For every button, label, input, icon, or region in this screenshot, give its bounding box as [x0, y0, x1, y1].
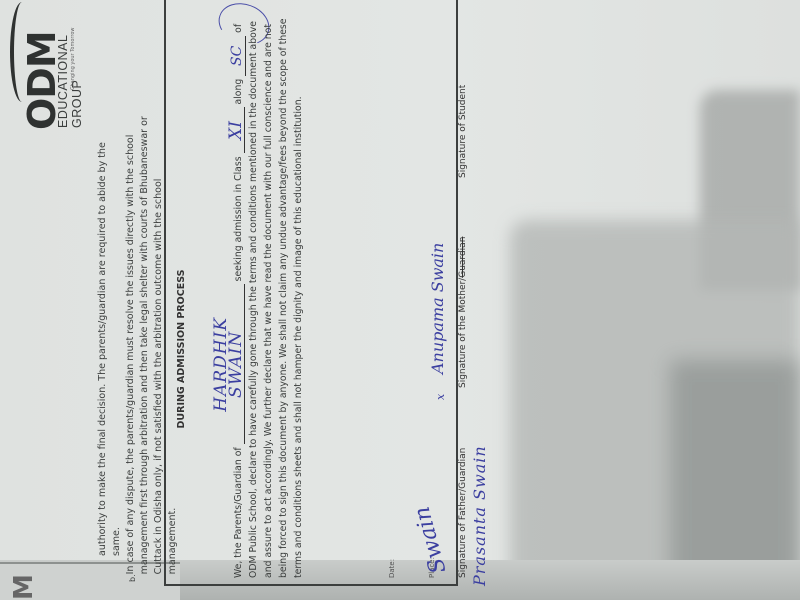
father-signature-label: Signature of Father/Guardian	[458, 448, 468, 578]
father-name-handwritten: Prasanta Swain	[470, 445, 489, 586]
student-signature-label: Signature of Student	[458, 85, 468, 178]
student-name-field: HARDHIK SWAIN	[214, 284, 245, 444]
section-title: DURING ADMISSION PROCESS	[176, 114, 187, 584]
declaration-text: We, the Parents/Guardian of HARDHIK SWAI…	[214, 12, 306, 578]
mother-mark: x	[434, 394, 447, 400]
class-field: XI	[229, 107, 245, 153]
mother-signature: Anupama Swain	[428, 243, 447, 374]
stream-field: SC	[230, 36, 246, 76]
odm-logo: ODM EDUCATIONAL GROUP Changing your Tomo…	[6, 0, 66, 130]
decl-part1: We, the Parents/Guardian of	[233, 447, 244, 578]
logo-tagline: Changing your Tomorrow	[70, 28, 76, 90]
document-page: ODM EDUCATIONAL GROUP Changing your Tomo…	[0, 0, 560, 600]
date-label: Date:	[388, 559, 396, 578]
father-signature: Swain	[410, 504, 452, 576]
decl-part2: seeking admission in Class	[233, 156, 244, 281]
mother-label-text: Signature of the Mother/	[458, 278, 468, 388]
decl-part3: along	[233, 79, 244, 105]
mother-signature-label: Signature of the Mother/Guardian	[458, 237, 468, 388]
admission-declaration-box: DURING ADMISSION PROCESS We, the Parents…	[164, 0, 458, 586]
mother-label-struck: Guardian	[458, 237, 468, 278]
clause-a-continuation: authority to make the final decision. Th…	[96, 112, 124, 556]
